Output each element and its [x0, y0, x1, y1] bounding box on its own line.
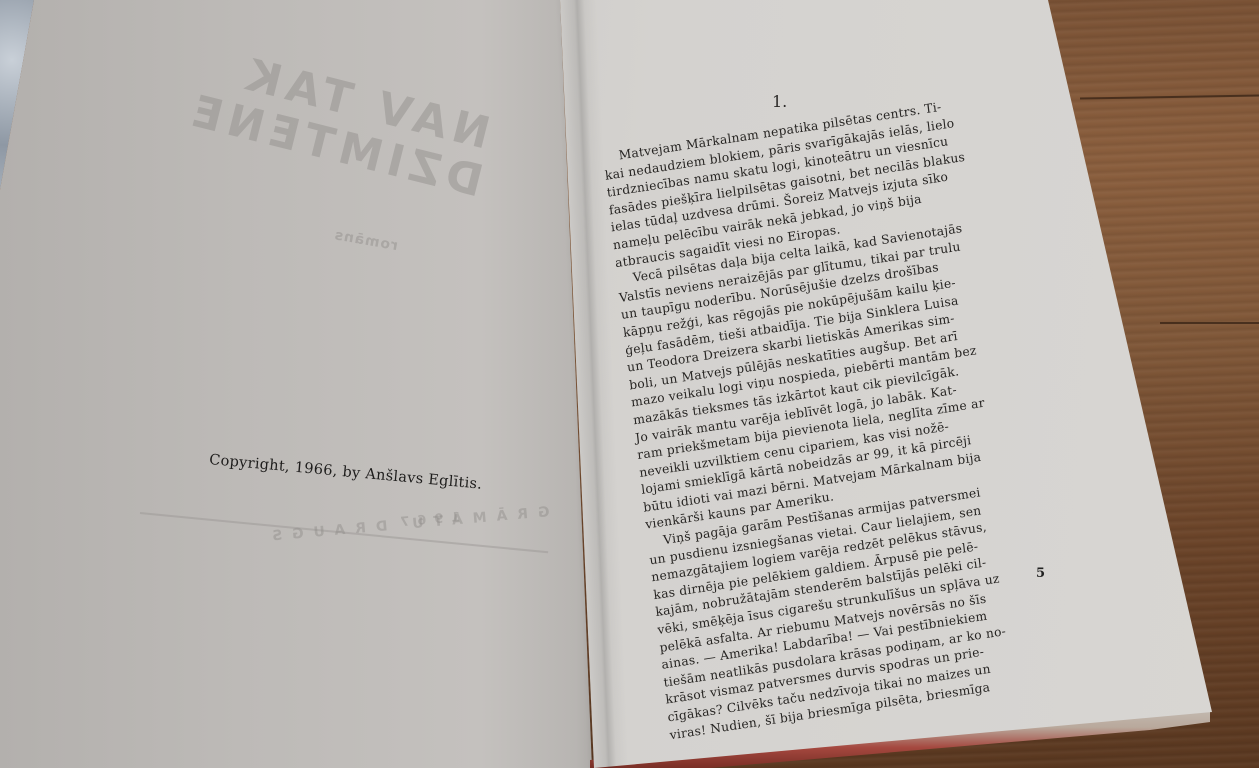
page-number: 5 — [1036, 566, 1045, 581]
plank-seam — [1080, 94, 1259, 99]
chapter-number: 1. — [772, 92, 787, 111]
plank-seam — [1160, 322, 1259, 324]
photo-scene: NAV TAK DZIMTENE romāns 1967 GRĀMATU DRA… — [0, 0, 1259, 768]
body-text: Matvejam Mārkalnam nepatika pilsētas cen… — [602, 89, 1076, 745]
